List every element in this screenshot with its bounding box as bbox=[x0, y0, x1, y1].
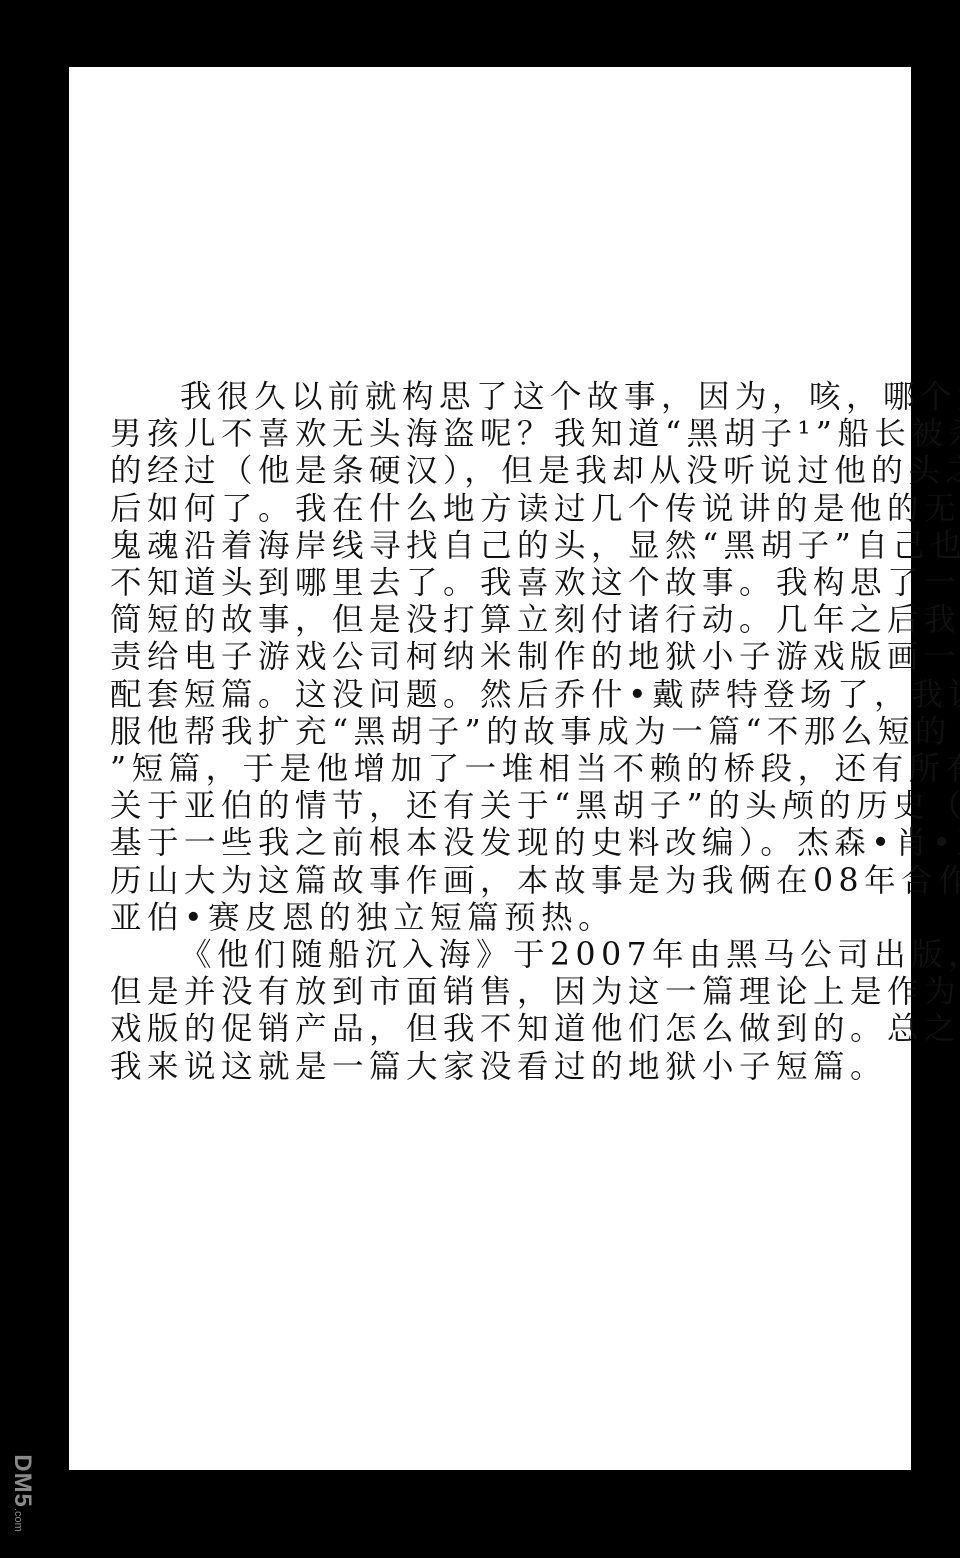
article-body: 我很久以前就构思了这个故事，因为，咳，哪个大 男孩儿不喜欢无头海盗呢？我知道“黑… bbox=[110, 379, 855, 1086]
paragraph-2: 《他们随船沉入海》于2007年由黑马公司出版， 但是并没有放到市面销售，因为这一… bbox=[110, 937, 855, 1086]
text-line: 简短的故事，但是没打算立刻付诸行动。几年之后我负 bbox=[110, 602, 855, 639]
site-watermark: DM5.com bbox=[8, 1445, 38, 1545]
text-line: 配套短篇。这没问题。然后乔什•戴萨特登场了，我说 bbox=[110, 677, 855, 714]
text-line: 的经过（他是条硬汉），但是我却从没听说过他的头之 bbox=[110, 453, 855, 490]
text-line: 但是并没有放到市面销售，因为这一篇理论上是作为游 bbox=[110, 974, 855, 1011]
text-line: 服他帮我扩充“黑胡子”的故事成为一篇“不那么短的 bbox=[110, 714, 855, 751]
text-line: 戏版的促销产品，但我不知道他们怎么做到的。总之对 bbox=[110, 1011, 855, 1048]
text-line: 鬼魂沿着海岸线寻找自己的头，显然“黑胡子”自己也 bbox=[110, 528, 855, 565]
text-line: 不知道头到哪里去了。我喜欢这个故事。我构思了一个 bbox=[110, 565, 855, 602]
text-line: 《他们随船沉入海》于2007年由黑马公司出版， bbox=[110, 937, 855, 974]
watermark-text: DM5 bbox=[9, 1454, 36, 1508]
text-line: 历山大为这篇故事作画，本故事是为我俩在08年合作的 bbox=[110, 863, 855, 900]
text-line: 我来说这就是一篇大家没看过的地狱小子短篇。 bbox=[110, 1049, 855, 1086]
text-line: 我很久以前就构思了这个故事，因为，咳，哪个大 bbox=[110, 379, 855, 416]
text-line: 亚伯•赛皮恩的独立短篇预热。 bbox=[110, 900, 855, 937]
text-line: 后如何了。我在什么地方读过几个传说讲的是他的无头 bbox=[110, 491, 855, 528]
text-line: 关于亚伯的情节，还有关于“黑胡子”的头颅的历史（ bbox=[110, 788, 855, 825]
text-line: ”短篇，于是他增加了一堆相当不赖的桥段，还有所有 bbox=[110, 751, 855, 788]
document-page: 我很久以前就构思了这个故事，因为，咳，哪个大 男孩儿不喜欢无头海盗呢？我知道“黑… bbox=[69, 67, 911, 1470]
text-line: 责给电子游戏公司柯纳米制作的地狱小子游戏版画一部 bbox=[110, 639, 855, 676]
watermark-domain: .com bbox=[12, 1508, 24, 1532]
paragraph-1: 我很久以前就构思了这个故事，因为，咳，哪个大 男孩儿不喜欢无头海盗呢？我知道“黑… bbox=[110, 379, 855, 937]
text-line: 基于一些我之前根本没发现的史料改编）。杰森•肖•亚 bbox=[110, 825, 855, 862]
text-line: 男孩儿不喜欢无头海盗呢？我知道“黑胡子¹”船长被杀 bbox=[110, 416, 855, 453]
watermark-logo: DM5.com bbox=[8, 1443, 36, 1543]
